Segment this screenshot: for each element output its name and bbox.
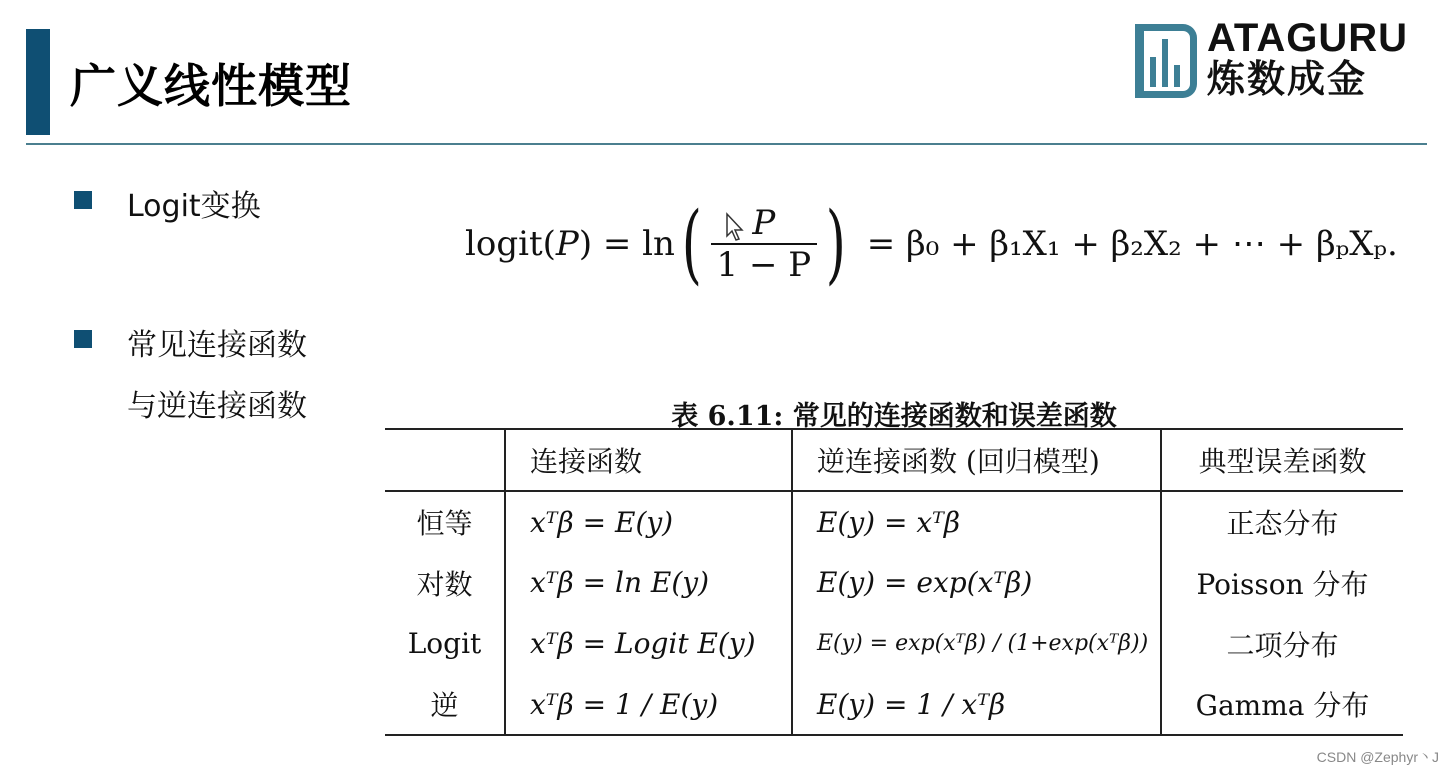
header-error-function: 典型误差函数 — [1161, 429, 1403, 491]
header-link-function: 连接函数 — [505, 429, 792, 491]
fraction-denominator: 1 − P — [711, 243, 818, 285]
row-error: 二项分布 — [1161, 613, 1403, 674]
row-link: xᵀβ = E(y) — [505, 491, 792, 552]
row-error: 正态分布 — [1161, 491, 1403, 552]
formula-lhs: logit(P) = ln — [465, 224, 675, 264]
page-title: 广义线性模型 — [70, 50, 352, 116]
row-name: Logit — [385, 613, 505, 674]
row-inverse: E(y) = exp(xᵀβ) — [792, 552, 1161, 613]
title-accent-bar — [26, 29, 50, 135]
right-paren: ) — [826, 201, 846, 287]
table-row: 恒等 xᵀβ = E(y) E(y) = xᵀβ 正态分布 — [385, 491, 1403, 552]
row-name: 对数 — [385, 552, 505, 613]
watermark: CSDN @Zephyr丶J — [1317, 747, 1439, 767]
link-functions-table: 连接函数 逆连接函数 (回归模型) 典型误差函数 恒等 xᵀβ = E(y) E… — [385, 428, 1403, 736]
table-row: Logit xᵀβ = Logit E(y) E(y) = exp(xᵀβ) /… — [385, 613, 1403, 674]
row-name: 恒等 — [385, 491, 505, 552]
bullet-square-icon — [74, 330, 92, 348]
row-inverse: E(y) = 1 / xᵀβ — [792, 674, 1161, 735]
logo-text-cn: 炼数成金 — [1207, 58, 1367, 100]
table-row: 逆 xᵀβ = 1 / E(y) E(y) = 1 / xᵀβ Gamma 分布 — [385, 674, 1403, 735]
header-inverse-link: 逆连接函数 (回归模型) — [792, 429, 1161, 491]
left-paren: ( — [682, 201, 702, 287]
logit-formula: logit(P) = ln ( P 1 − P ) = β₀ + β₁X₁ + … — [465, 196, 1398, 292]
logo-text-en: ATAGURU — [1207, 18, 1408, 58]
header-empty — [385, 429, 505, 491]
formula-rhs: = β₀ + β₁X₁ + β₂X₂ + ⋯ + βₚXₚ. — [867, 224, 1398, 264]
table-header-row: 连接函数 逆连接函数 (回归模型) 典型误差函数 — [385, 429, 1403, 491]
row-link: xᵀβ = 1 / E(y) — [505, 674, 792, 735]
title-divider — [26, 143, 1427, 145]
ataguru-logo: ATAGURU 炼数成金 — [1135, 22, 1435, 102]
row-inverse: E(y) = xᵀβ — [792, 491, 1161, 552]
row-error: Gamma 分布 — [1161, 674, 1403, 735]
table-row: 对数 xᵀβ = ln E(y) E(y) = exp(xᵀβ) Poisson… — [385, 552, 1403, 613]
bar-chart-logo-icon — [1135, 24, 1197, 98]
row-link: xᵀβ = Logit E(y) — [505, 613, 792, 674]
bullet-square-icon — [74, 191, 92, 209]
bullet-link-functions-line2: 与逆连接函数 — [127, 381, 307, 425]
bullet-logit-transform: Logit变换 — [127, 181, 261, 225]
row-name: 逆 — [385, 674, 505, 735]
row-inverse: E(y) = exp(xᵀβ) / (1+exp(xᵀβ)) — [792, 613, 1161, 674]
row-link: xᵀβ = ln E(y) — [505, 552, 792, 613]
row-error: Poisson 分布 — [1161, 552, 1403, 613]
bullet-link-functions-line1: 常见连接函数 — [127, 320, 307, 364]
mouse-cursor-icon — [725, 212, 745, 242]
fraction-numerator: P — [746, 203, 781, 243]
